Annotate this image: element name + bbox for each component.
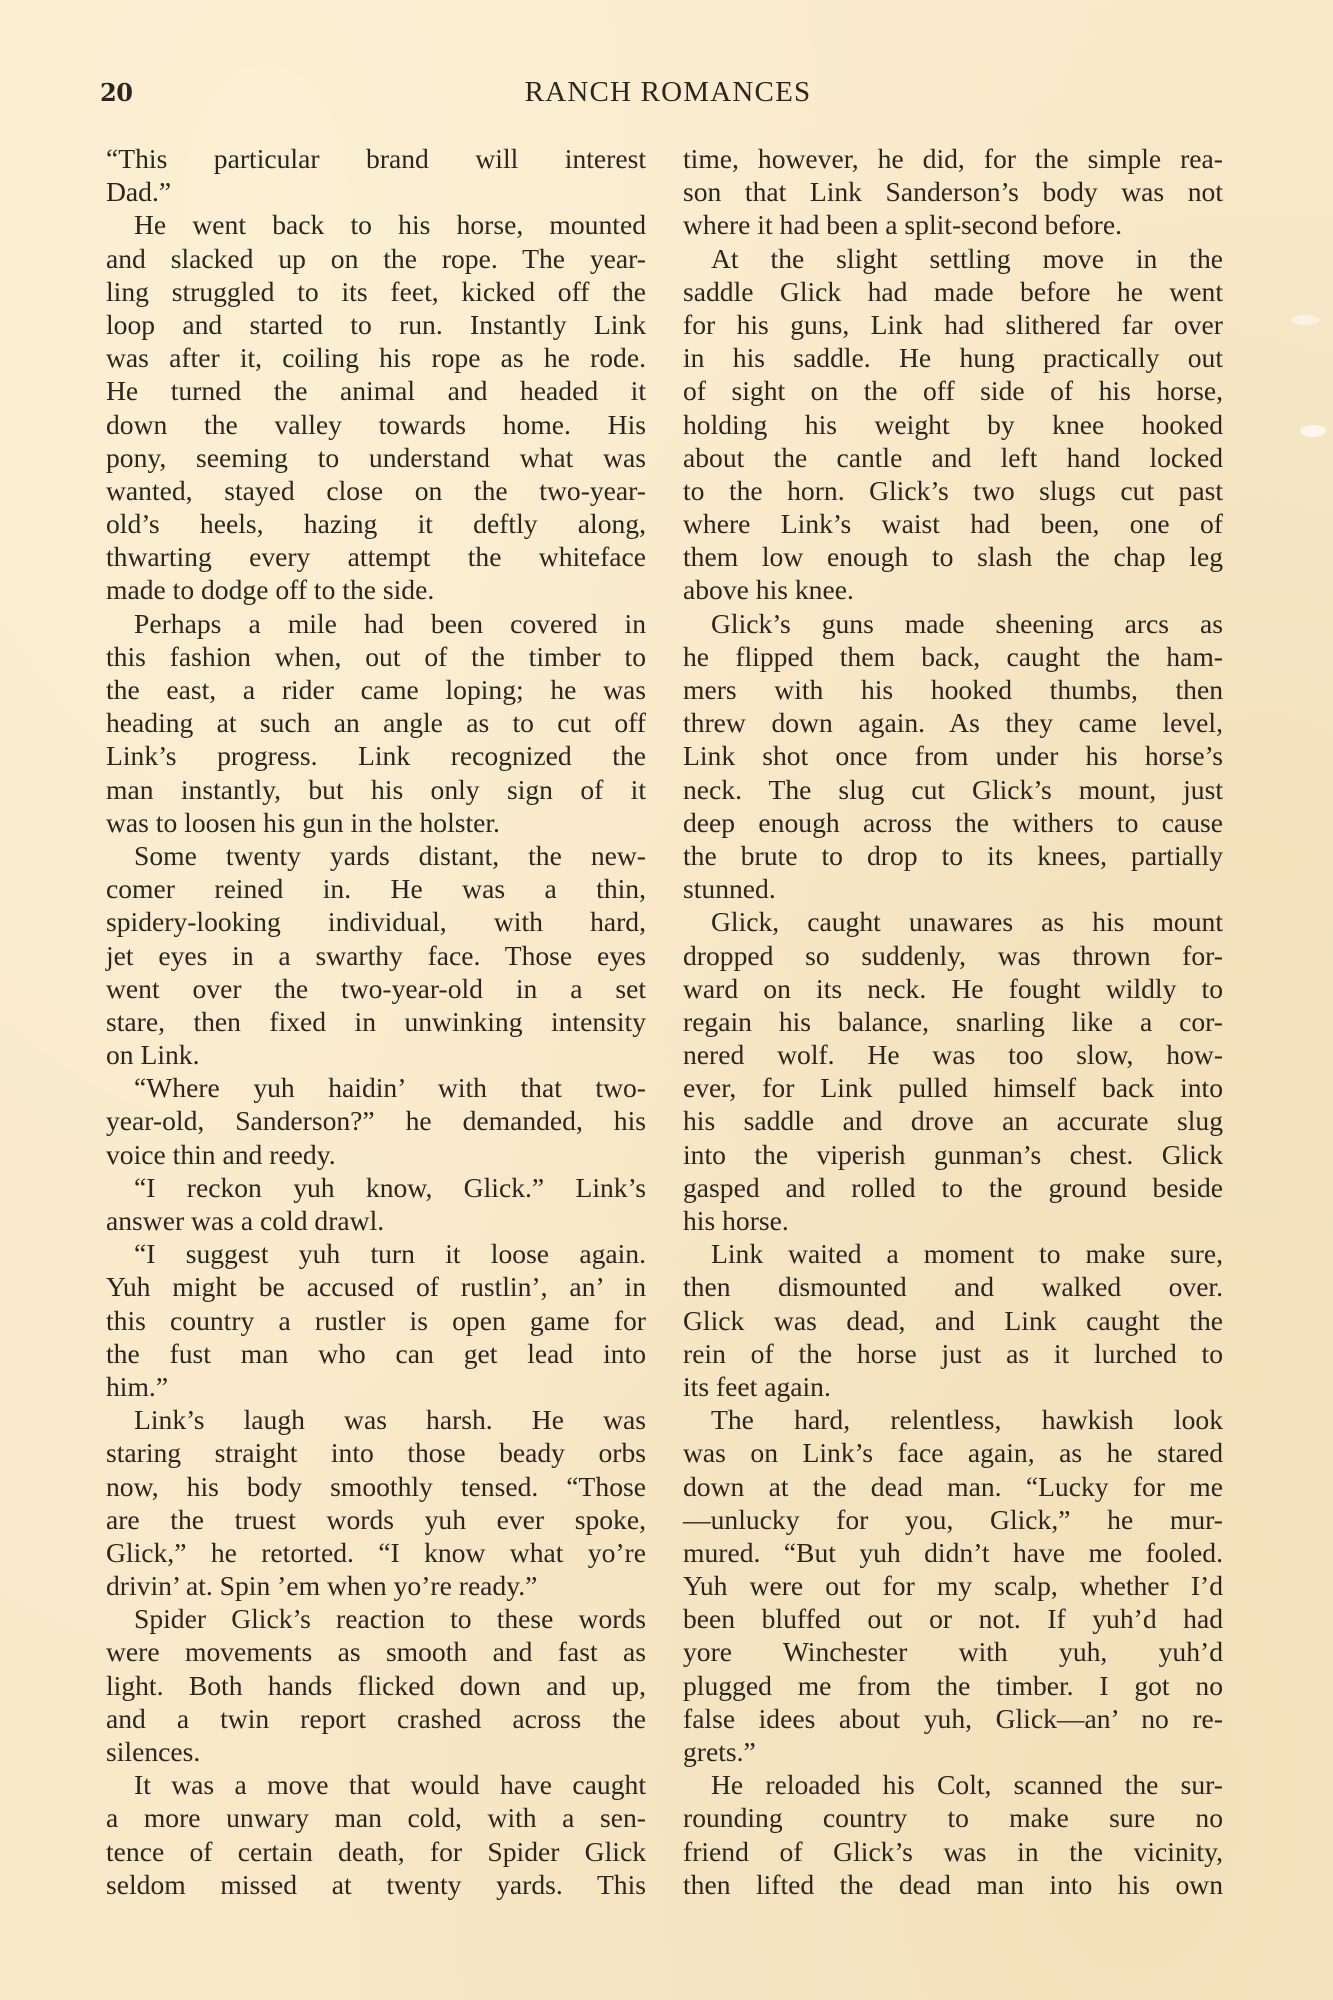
text-line: dropped so suddenly, was thrown for- xyxy=(683,939,1223,972)
text-line: ward on its neck. He fought wildly to xyxy=(683,972,1223,1005)
text-line: he flipped them back, caught the ham- xyxy=(683,640,1223,673)
text-line: Link waited a moment to make sure, xyxy=(683,1237,1223,1270)
text-line: Some twenty yards distant, the new- xyxy=(106,839,646,872)
text-line: tence of certain death, for Spider Glick xyxy=(106,1835,646,1868)
text-line: thwarting every attempt the whiteface xyxy=(106,540,646,573)
text-line: yore Winchester with yuh, yuh’d xyxy=(683,1635,1223,1668)
text-line: —unlucky for you, Glick,” he mur- xyxy=(683,1503,1223,1536)
text-line: stunned. xyxy=(683,872,1223,905)
text-line: The hard, relentless, hawkish look xyxy=(683,1403,1223,1436)
text-line: threw down again. As they came level, xyxy=(683,706,1223,739)
text-line: in his saddle. He hung practically out xyxy=(683,341,1223,374)
text-line: saddle Glick had made before he went xyxy=(683,275,1223,308)
text-line: grets.” xyxy=(683,1735,1223,1768)
text-line: year-old, Sanderson?” he demanded, his xyxy=(106,1104,646,1137)
text-line: mured. “But yuh didn’t have me fooled. xyxy=(683,1536,1223,1569)
text-line: on Link. xyxy=(106,1038,646,1071)
text-column-right: time, however, he did, for the simple re… xyxy=(683,142,1223,1901)
text-line: Dad.” xyxy=(106,175,646,208)
text-line: jet eyes in a swarthy face. Those eyes xyxy=(106,939,646,972)
text-line: seldom missed at twenty yards. This xyxy=(106,1868,646,1901)
text-line: above his knee. xyxy=(683,573,1223,606)
text-line: the fust man who can get lead into xyxy=(106,1337,646,1370)
text-line: down at the dead man. “Lucky for me xyxy=(683,1470,1223,1503)
text-line: light. Both hands flicked down and up, xyxy=(106,1669,646,1702)
text-line: false idees about yuh, Glick—an’ no re- xyxy=(683,1702,1223,1735)
text-line: drivin’ at. Spin ’em when yo’re ready.” xyxy=(106,1569,646,1602)
text-line: “I suggest yuh turn it loose again. xyxy=(106,1237,646,1270)
text-line: him.” xyxy=(106,1370,646,1403)
text-line: where it had been a split-second before. xyxy=(683,208,1223,241)
text-line: son that Link Sanderson’s body was not xyxy=(683,175,1223,208)
text-line: and slacked up on the rope. The year- xyxy=(106,242,646,275)
text-line: are the truest words yuh ever spoke, xyxy=(106,1503,646,1536)
text-line: Glick, caught unawares as his mount xyxy=(683,905,1223,938)
text-line: voice thin and reedy. xyxy=(106,1138,646,1171)
text-line: plugged me from the timber. I got no xyxy=(683,1669,1223,1702)
text-line: where Link’s waist had been, one of xyxy=(683,507,1223,540)
text-line: old’s heels, hazing it deftly along, xyxy=(106,507,646,540)
text-line: into the viperish gunman’s chest. Glick xyxy=(683,1138,1223,1171)
text-line: a more unwary man cold, with a sen- xyxy=(106,1801,646,1834)
text-line: Glick’s guns made sheening arcs as xyxy=(683,607,1223,640)
text-line: for his guns, Link had slithered far ove… xyxy=(683,308,1223,341)
text-line: staring straight into those beady orbs xyxy=(106,1436,646,1469)
text-line: “I reckon yuh know, Glick.” Link’s xyxy=(106,1171,646,1204)
text-line: to the horn. Glick’s two slugs cut past xyxy=(683,474,1223,507)
text-line: He went back to his horse, mounted xyxy=(106,208,646,241)
text-column-left: “This particular brand will interestDad.… xyxy=(106,142,646,1901)
text-line: regain his balance, snarling like a cor- xyxy=(683,1005,1223,1038)
text-line: mers with his hooked thumbs, then xyxy=(683,673,1223,706)
text-line: pony, seeming to understand what was xyxy=(106,441,646,474)
text-line: neck. The slug cut Glick’s mount, just xyxy=(683,773,1223,806)
text-line: this fashion when, out of the timber to xyxy=(106,640,646,673)
text-line: of sight on the off side of his horse, xyxy=(683,374,1223,407)
text-line: silences. xyxy=(106,1735,646,1768)
text-line: loop and started to run. Instantly Link xyxy=(106,308,646,341)
text-line: made to dodge off to the side. xyxy=(106,573,646,606)
text-line: Link’s laugh was harsh. He was xyxy=(106,1403,646,1436)
text-line: now, his body smoothly tensed. “Those xyxy=(106,1470,646,1503)
text-line: Glick was dead, and Link caught the xyxy=(683,1304,1223,1337)
text-line: friend of Glick’s was in the vicinity, xyxy=(683,1835,1223,1868)
text-line: ever, for Link pulled himself back into xyxy=(683,1071,1223,1104)
text-line: It was a move that would have caught xyxy=(106,1768,646,1801)
text-line: them low enough to slash the chap leg xyxy=(683,540,1223,573)
paper-stain xyxy=(1290,315,1320,325)
text-line: man instantly, but his only sign of it xyxy=(106,773,646,806)
running-title: RANCH ROMANCES xyxy=(100,76,1224,109)
text-line: holding his weight by knee hooked xyxy=(683,408,1223,441)
text-line: was on Link’s face again, as he stared xyxy=(683,1436,1223,1469)
text-line: ling struggled to its feet, kicked off t… xyxy=(106,275,646,308)
text-line: then lifted the dead man into his own xyxy=(683,1868,1223,1901)
text-line: then dismounted and walked over. xyxy=(683,1270,1223,1303)
text-line: time, however, he did, for the simple re… xyxy=(683,142,1223,175)
text-line: gasped and rolled to the ground beside xyxy=(683,1171,1223,1204)
text-line: “Where yuh haidin’ with that two- xyxy=(106,1071,646,1104)
text-line: Yuh were out for my scalp, whether I’d xyxy=(683,1569,1223,1602)
page-header: 20 RANCH ROMANCES xyxy=(100,74,1224,114)
text-line: and a twin report crashed across the xyxy=(106,1702,646,1735)
text-line: were movements as smooth and fast as xyxy=(106,1635,646,1668)
text-line: wanted, stayed close on the two-year- xyxy=(106,474,646,507)
text-line: answer was a cold drawl. xyxy=(106,1204,646,1237)
text-line: the east, a rider came loping; he was xyxy=(106,673,646,706)
text-line: his horse. xyxy=(683,1204,1223,1237)
text-line: been bluffed out or not. If yuh’d had xyxy=(683,1602,1223,1635)
text-line: “This particular brand will interest xyxy=(106,142,646,175)
text-line: rounding country to make sure no xyxy=(683,1801,1223,1834)
text-line: the brute to drop to its knees, partiall… xyxy=(683,839,1223,872)
text-line: this country a rustler is open game for xyxy=(106,1304,646,1337)
text-line: comer reined in. He was a thin, xyxy=(106,872,646,905)
text-line: Glick,” he retorted. “I know what yo’re xyxy=(106,1536,646,1569)
text-line: spidery-looking individual, with hard, xyxy=(106,905,646,938)
text-line: Link’s progress. Link recognized the xyxy=(106,739,646,772)
text-line: was after it, coiling his rope as he rod… xyxy=(106,341,646,374)
text-line: about the cantle and left hand locked xyxy=(683,441,1223,474)
text-line: its feet again. xyxy=(683,1370,1223,1403)
text-line: rein of the horse just as it lurched to xyxy=(683,1337,1223,1370)
text-line: down the valley towards home. His xyxy=(106,408,646,441)
text-line: Perhaps a mile had been covered in xyxy=(106,607,646,640)
text-line: Link shot once from under his horse’s xyxy=(683,739,1223,772)
text-line: heading at such an angle as to cut off xyxy=(106,706,646,739)
text-line: He turned the animal and headed it xyxy=(106,374,646,407)
text-line: went over the two-year-old in a set xyxy=(106,972,646,1005)
paper-stain xyxy=(1300,425,1326,437)
text-line: At the slight settling move in the xyxy=(683,242,1223,275)
text-line: nered wolf. He was too slow, how- xyxy=(683,1038,1223,1071)
text-line: stare, then fixed in unwinking intensity xyxy=(106,1005,646,1038)
text-line: was to loosen his gun in the holster. xyxy=(106,806,646,839)
text-line: his saddle and drove an accurate slug xyxy=(683,1104,1223,1137)
text-line: deep enough across the withers to cause xyxy=(683,806,1223,839)
text-line: Yuh might be accused of rustlin’, an’ in xyxy=(106,1270,646,1303)
text-line: Spider Glick’s reaction to these words xyxy=(106,1602,646,1635)
text-line: He reloaded his Colt, scanned the sur- xyxy=(683,1768,1223,1801)
